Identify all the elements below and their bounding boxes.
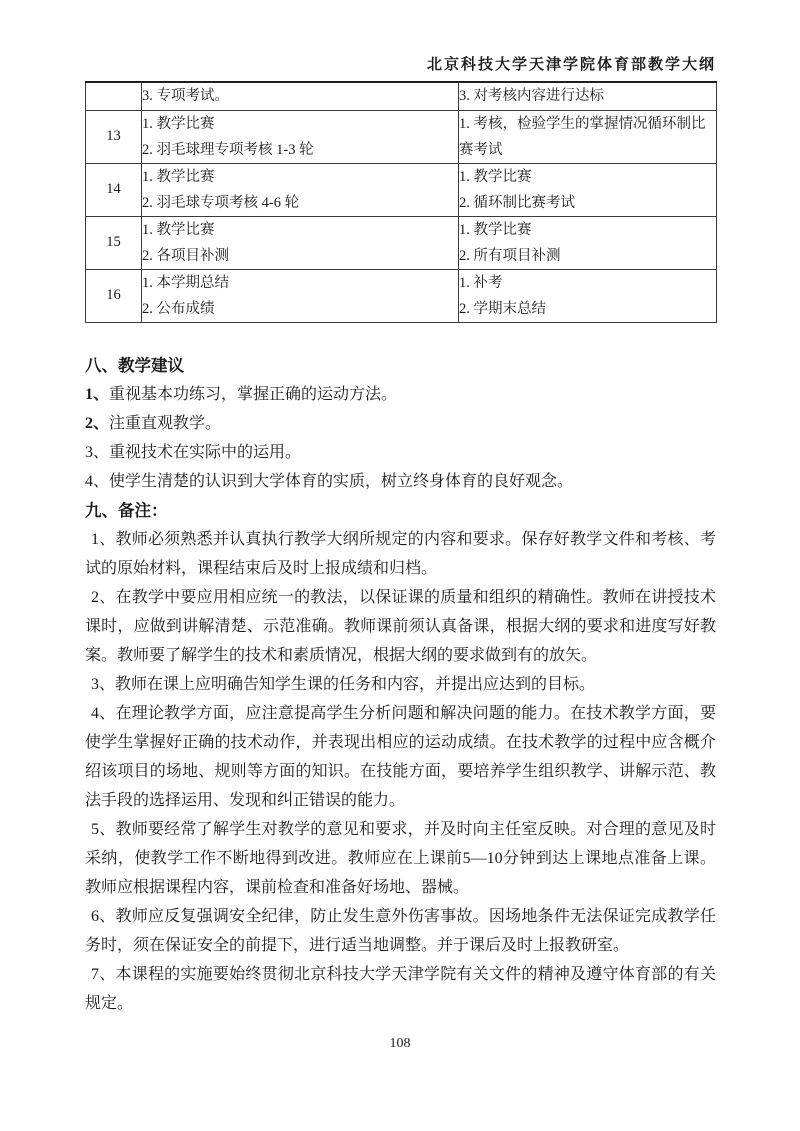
content-area: 八、教学建议 1、重视基本功练习，掌握正确的运动方法。 2、注重直观教学。 3、… bbox=[85, 351, 716, 1018]
cell-line: 1. 教学比赛 bbox=[142, 111, 458, 137]
note-paragraph: 7、本课程的实施要始终贯彻北京科技大学天津学院有关文件的精神及遵守体育部的有关规… bbox=[85, 960, 716, 1018]
page-number: 108 bbox=[0, 1036, 800, 1052]
week-cell: 14 bbox=[86, 163, 142, 216]
section-heading-notes: 九、备注： bbox=[85, 496, 716, 525]
remark-cell: 1. 考核，检验学生的掌握情况循环制比赛考试 bbox=[459, 110, 717, 163]
content-cell: 1. 教学比赛 2. 各项目补测 bbox=[142, 216, 459, 269]
cell-line: 2. 各项目补测 bbox=[142, 243, 458, 269]
document-page: 北京科技大学天津学院体育部教学大纲 3. 专项考试。 3. 对考核内容进行达标 … bbox=[0, 0, 800, 1131]
cell-line: 1. 教学比赛 bbox=[142, 217, 458, 243]
cell-line: 2. 学期末总结 bbox=[459, 296, 716, 322]
cell-line: 3. 专项考试。 bbox=[142, 83, 458, 109]
cell-line: 2. 公布成绩 bbox=[142, 296, 458, 322]
note-paragraph: 4、在理论教学方面，应注意提高学生分析问题和解决问题的能力。在技术教学方面，要使… bbox=[85, 699, 716, 815]
content-cell: 1. 教学比赛 2. 羽毛球理专项考核 1-3 轮 bbox=[142, 110, 459, 163]
note-paragraph: 2、在教学中要应用相应统一的教法，以保证课的质量和组织的精确性。教师在讲授技术课… bbox=[85, 583, 716, 670]
section-heading-advice: 八、教学建议 bbox=[85, 351, 716, 380]
advice-item: 2、注重直观教学。 bbox=[85, 409, 716, 438]
cell-line: 1. 教学比赛 bbox=[459, 217, 716, 243]
table-row: 14 1. 教学比赛 2. 羽毛球专项考核 4-6 轮 1. 教学比赛 2. 循… bbox=[86, 163, 717, 216]
cell-line: 1. 本学期总结 bbox=[142, 270, 458, 296]
note-paragraph: 6、教师应反复强调安全纪律，防止发生意外伤害事故。因场地条件无法保证完成教学任务… bbox=[85, 902, 716, 960]
header-title: 北京科技大学天津学院体育部教学大纲 bbox=[427, 53, 716, 74]
note-paragraph: 3、教师在课上应明确告知学生课的任务和内容，并提出应达到的目标。 bbox=[85, 670, 716, 699]
item-text: 使学生清楚的认识到大学体育的实质，树立终身体育的良好观念。 bbox=[109, 473, 573, 490]
cell-line: 2. 循环制比赛考试 bbox=[459, 190, 716, 216]
cell-line: 2. 所有项目补测 bbox=[459, 243, 716, 269]
item-number: 4、 bbox=[85, 473, 109, 490]
cell-line: 1. 教学比赛 bbox=[459, 164, 716, 190]
schedule-table: 3. 专项考试。 3. 对考核内容进行达标 13 1. 教学比赛 2. 羽毛球理… bbox=[85, 81, 717, 323]
note-paragraph: 1、教师必须熟悉并认真执行教学大纲所规定的内容和要求。保存好教学文件和考核、考试… bbox=[85, 525, 716, 583]
cell-line: 1. 补考 bbox=[459, 270, 716, 296]
cell-line: 1. 教学比赛 bbox=[142, 164, 458, 190]
week-cell: 16 bbox=[86, 269, 142, 322]
table-row: 15 1. 教学比赛 2. 各项目补测 1. 教学比赛 2. 所有项目补测 bbox=[86, 216, 717, 269]
week-cell: 15 bbox=[86, 216, 142, 269]
advice-item: 4、使学生清楚的认识到大学体育的实质，树立终身体育的良好观念。 bbox=[85, 467, 716, 496]
content-cell: 1. 教学比赛 2. 羽毛球专项考核 4-6 轮 bbox=[142, 163, 459, 216]
item-text: 重视技术在实际中的运用。 bbox=[109, 444, 301, 461]
item-number: 2、 bbox=[85, 415, 109, 432]
week-cell: 13 bbox=[86, 110, 142, 163]
week-cell bbox=[86, 82, 142, 110]
item-text: 注重直观教学。 bbox=[109, 415, 221, 432]
remark-cell: 3. 对考核内容进行达标 bbox=[459, 82, 717, 110]
content-cell: 1. 本学期总结 2. 公布成绩 bbox=[142, 269, 459, 322]
cell-line: 2. 羽毛球专项考核 4-6 轮 bbox=[142, 190, 458, 216]
cell-line: 3. 对考核内容进行达标 bbox=[459, 83, 716, 109]
advice-item: 1、重视基本功练习，掌握正确的运动方法。 bbox=[85, 380, 716, 409]
note-paragraph: 5、教师要经常了解学生对教学的意见和要求，并及时向主任室反映。对合理的意见及时采… bbox=[85, 815, 716, 902]
table-row: 16 1. 本学期总结 2. 公布成绩 1. 补考 2. 学期末总结 bbox=[86, 269, 717, 322]
cell-line: 1. 考核，检验学生的掌握情况循环制比赛考试 bbox=[459, 111, 716, 163]
remark-cell: 1. 教学比赛 2. 所有项目补测 bbox=[459, 216, 717, 269]
cell-line: 2. 羽毛球理专项考核 1-3 轮 bbox=[142, 137, 458, 163]
item-number: 1、 bbox=[85, 386, 109, 403]
item-number: 3、 bbox=[85, 444, 109, 461]
content-cell: 3. 专项考试。 bbox=[142, 82, 459, 110]
table-row: 13 1. 教学比赛 2. 羽毛球理专项考核 1-3 轮 1. 考核，检验学生的… bbox=[86, 110, 717, 163]
remark-cell: 1. 教学比赛 2. 循环制比赛考试 bbox=[459, 163, 717, 216]
item-text: 重视基本功练习，掌握正确的运动方法。 bbox=[109, 386, 397, 403]
advice-item: 3、重视技术在实际中的运用。 bbox=[85, 438, 716, 467]
remark-cell: 1. 补考 2. 学期末总结 bbox=[459, 269, 717, 322]
table-row: 3. 专项考试。 3. 对考核内容进行达标 bbox=[86, 82, 717, 110]
